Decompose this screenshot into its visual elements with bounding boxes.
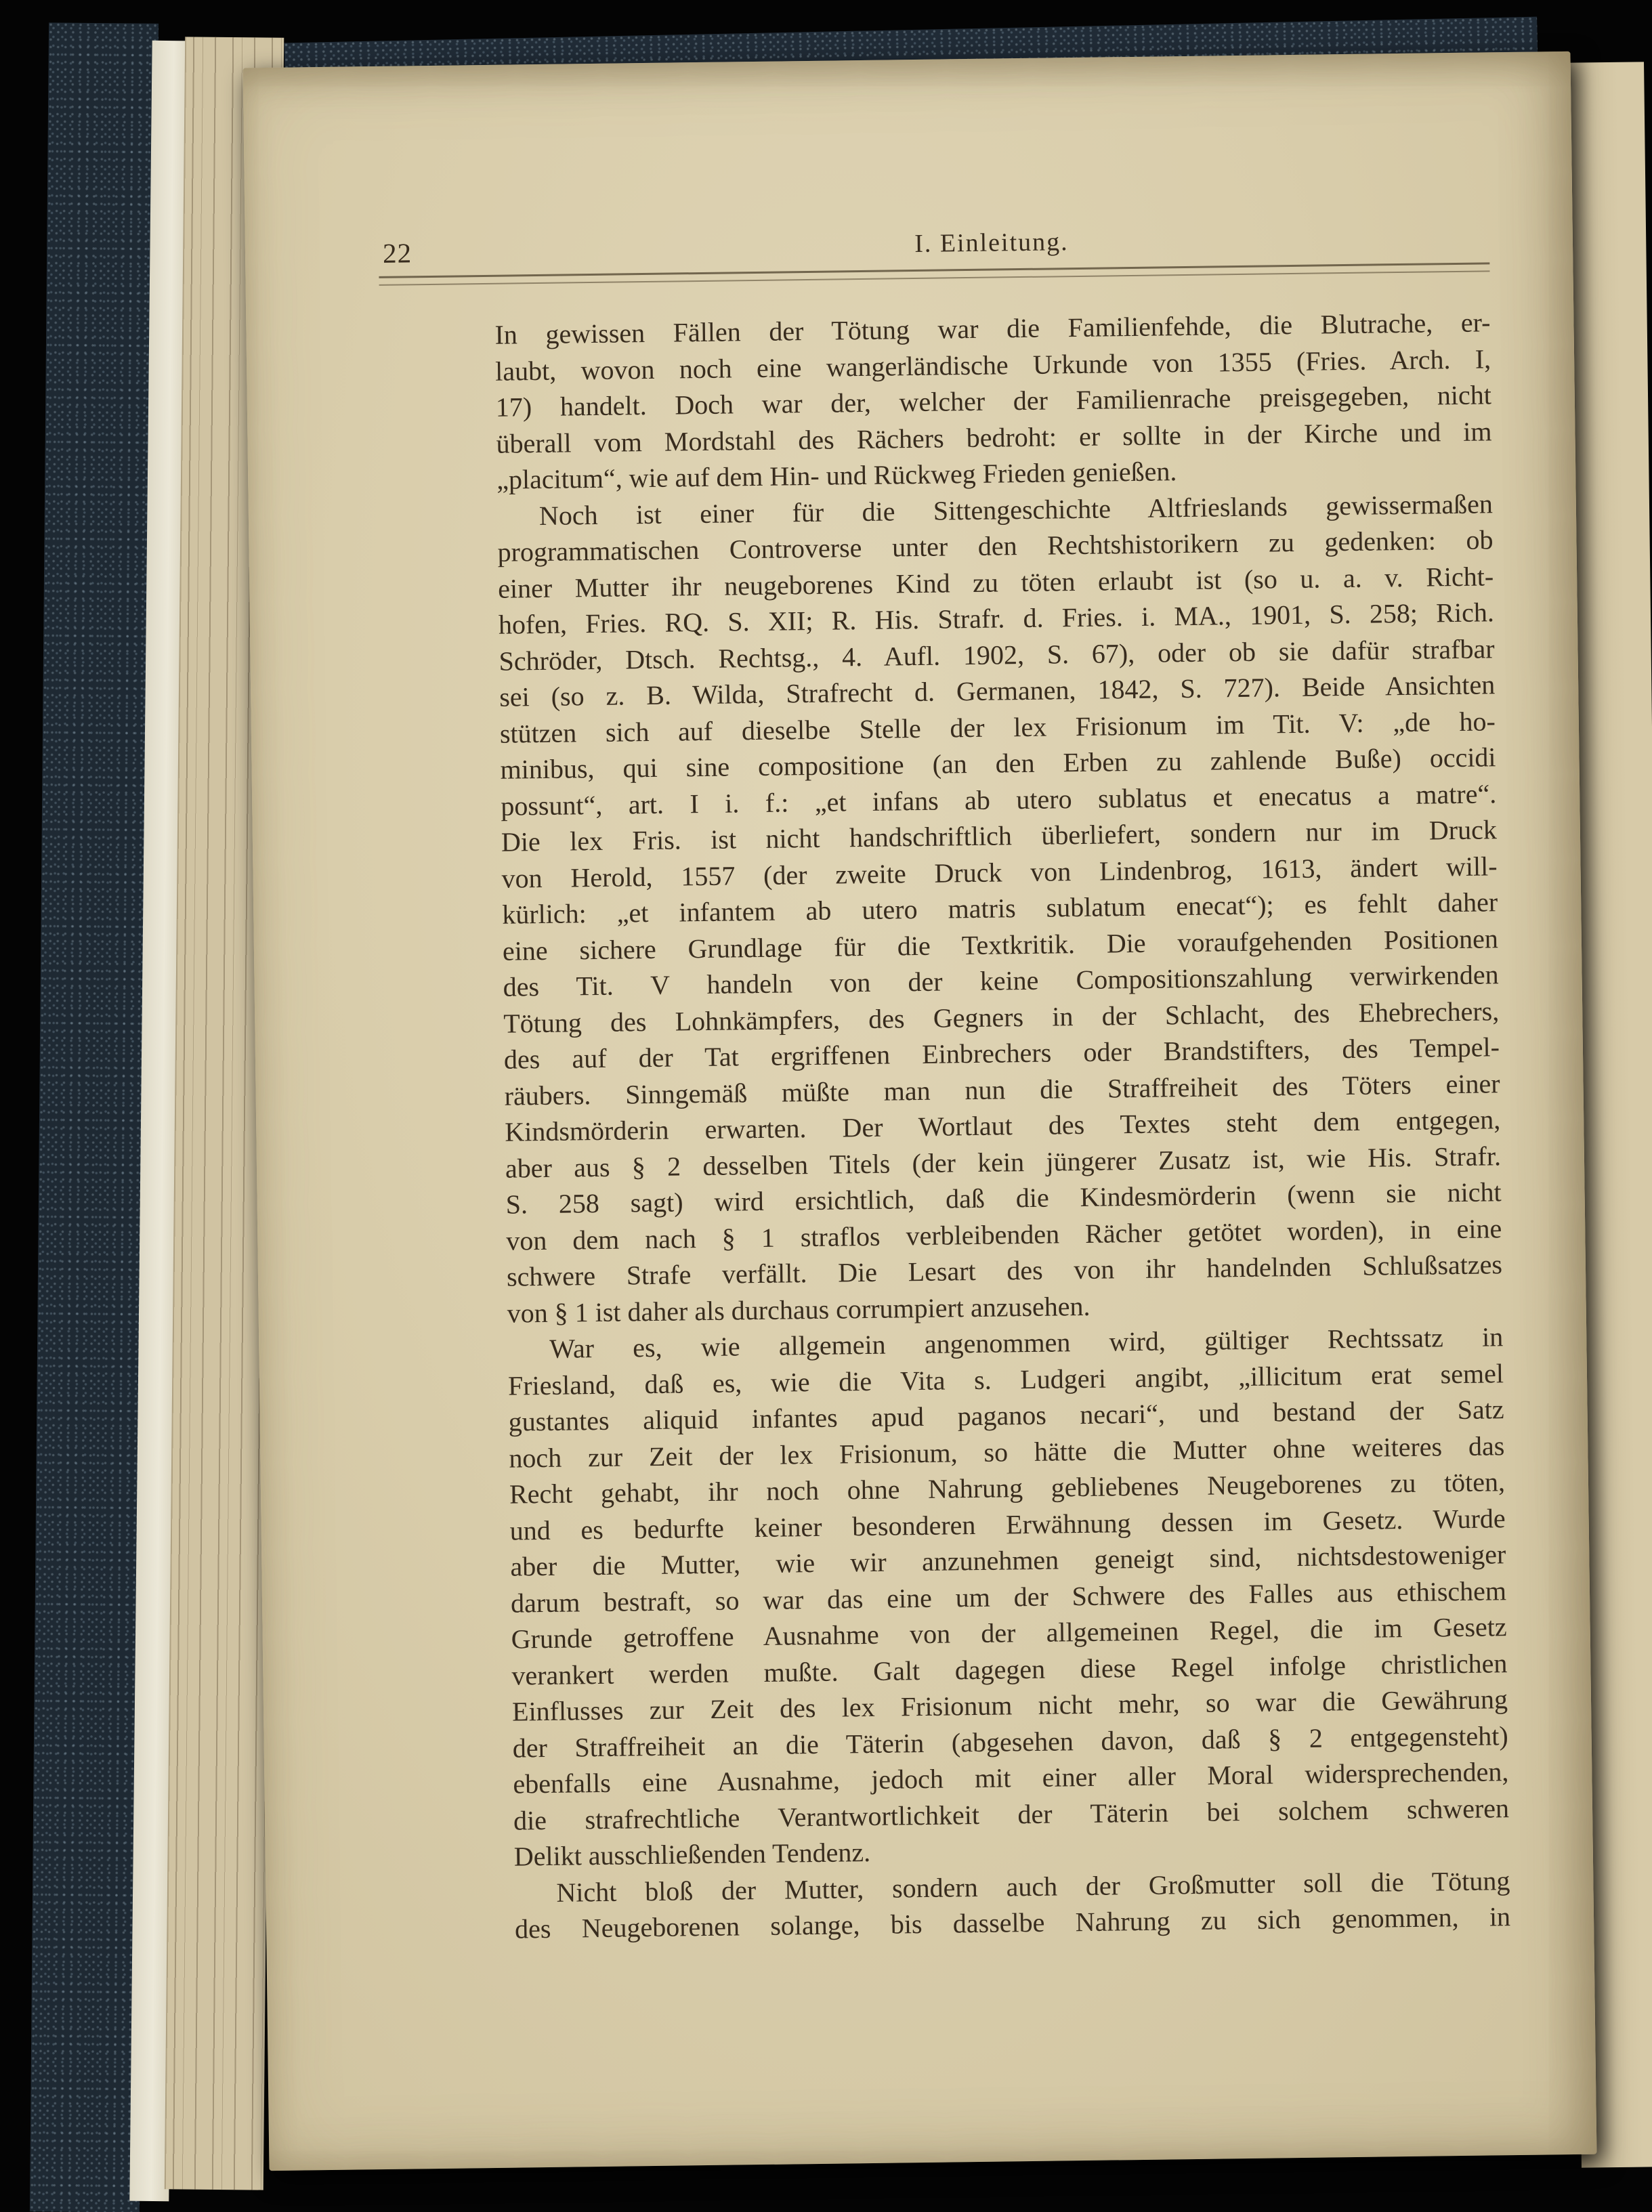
running-head-title: I. Einleitung. xyxy=(379,221,1489,265)
header-double-rule xyxy=(379,262,1489,286)
running-header: 22 I. Einleitung. xyxy=(379,221,1490,286)
page-text: In gewissen Fällen der Tötung war die Fa… xyxy=(494,304,1510,1947)
book-photo: 22 I. Einleitung. In gewissen Fällen der… xyxy=(0,0,1652,2212)
paragraph: In gewissen Fällen der Tötung war die Fa… xyxy=(494,304,1492,498)
page-number: 22 xyxy=(383,236,412,270)
paragraph: Nicht bloß der Mutter, sondern auch der … xyxy=(514,1863,1510,1947)
paragraph: Noch ist einer für die Sittengeschichte … xyxy=(497,486,1503,1332)
page-content: 22 I. Einleitung. In gewissen Fällen der… xyxy=(243,51,1594,1951)
paragraph: War es, wie allgemein angenommen wird, g… xyxy=(507,1319,1510,1875)
book-page: 22 I. Einleitung. In gewissen Fällen der… xyxy=(243,51,1597,2171)
